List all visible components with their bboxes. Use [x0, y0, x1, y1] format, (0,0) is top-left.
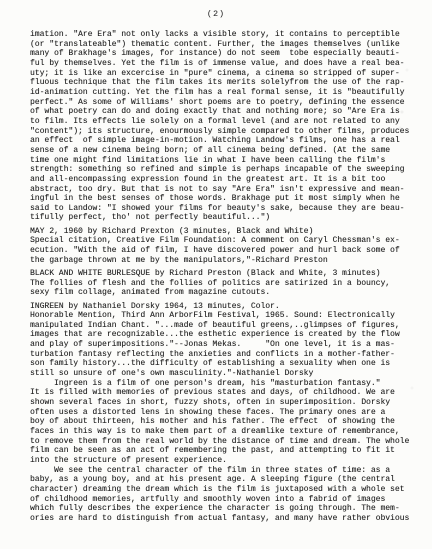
document-body: imation. "Are Era" not only lacks a visi…: [30, 30, 425, 527]
section-black-and-white-burlesque: BLACK AND WHITE BURLESQUE by Richard Pre…: [30, 269, 425, 298]
paragraph-are-era-continuation: imation. "Are Era" not only lacks a visi…: [30, 30, 425, 223]
section-may-2-1960: MAY 2, 1960 by Richard Prexton (3 minute…: [30, 227, 425, 266]
section-ingreen: INGREEN by Nathaniel Dorsky 1964, 13 min…: [30, 302, 425, 524]
document-page: (2) imation. "Are Era" not only lacks a …: [0, 0, 432, 549]
page-number: (2): [0, 9, 432, 19]
